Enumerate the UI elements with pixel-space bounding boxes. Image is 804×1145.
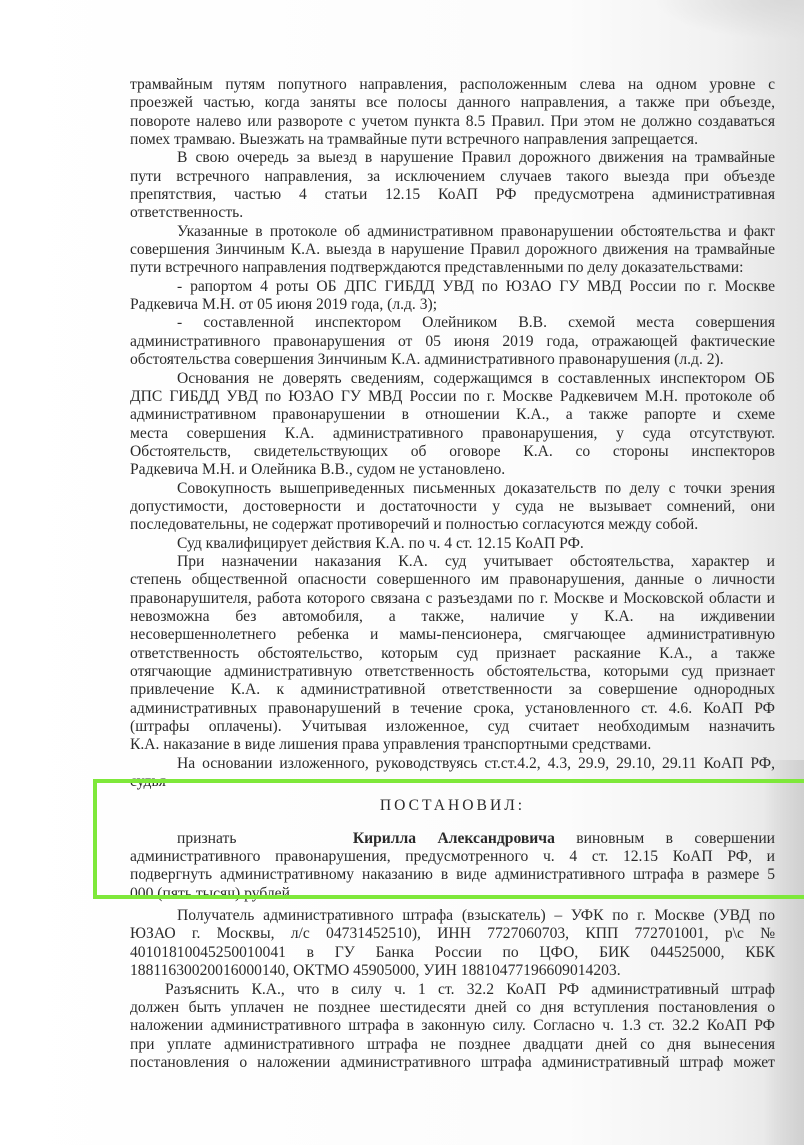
payment-line: ЮЗАО г. Москвы, л/с 04731452510), ИНН 77… xyxy=(130,925,775,943)
paragraph-line: степень общественной опасности совершенн… xyxy=(130,571,775,589)
paragraph-line: административном правонарушении в отноше… xyxy=(130,406,775,424)
paragraph-line: Радкевича М.Н. и Олейника В.В., судом не… xyxy=(130,461,775,479)
paragraph-line: привлечение К.А. к административной отве… xyxy=(130,681,775,699)
paragraph-line: Обстоятельств, свидетельствующих об огов… xyxy=(130,443,775,461)
document-body: трамвайным путям попутного направления, … xyxy=(130,76,775,1072)
paragraph-line: совершения Зинчиным К.А. выезда в наруше… xyxy=(130,241,775,259)
paragraph-line: В свою очередь за выезд в нарушение Прав… xyxy=(130,149,775,167)
ruling-line: 000 (пять тысяч) рублей. xyxy=(130,885,775,903)
paragraph-line: Указанные в протоколе об административно… xyxy=(130,223,775,241)
defendant-name: Кирилла Александровича xyxy=(353,830,555,847)
paragraph-line: правонарушителя, работа которого связана… xyxy=(130,590,775,608)
document-page: трамвайным путям попутного направления, … xyxy=(0,0,804,1145)
paragraph-line: пути встречного направления, за исключен… xyxy=(130,168,775,186)
paragraph-line: ДПС ГИБДД УВД по ЮЗАО ГУ МВД России по г… xyxy=(130,388,775,406)
paragraph-line: повороте налево или развороте с учетом п… xyxy=(130,113,775,131)
explanation-line: постановления о наложении административн… xyxy=(130,1054,775,1072)
ruling-line: административного правонарушения, предус… xyxy=(130,848,775,866)
payment-line: 40101810045250010041 в ГУ Банка России п… xyxy=(130,944,775,962)
paragraph-line: обстоятельства совершения Зинчиным К.А. … xyxy=(130,351,775,369)
paragraph-line: судья xyxy=(130,773,775,791)
paragraph-line: ответственность обстоятельство, которым … xyxy=(130,645,775,663)
paragraph-line: - составленной инспектором Олейником В.В… xyxy=(130,314,775,332)
paragraph-line: Суд квалифицирует действия К.А. по ч. 4 … xyxy=(130,535,775,553)
ruling-heading: ПОСТАНОВИЛ: xyxy=(130,797,775,815)
paragraph-line: административного правонарушения от 05 и… xyxy=(130,333,775,351)
paragraph-line: отягчающие административную ответственно… xyxy=(130,663,775,681)
ruling-line-rest: виновным в совершении xyxy=(576,830,775,847)
paragraph-line: административных правонарушений в течени… xyxy=(130,700,775,718)
payment-line: Получатель административного штрафа (взы… xyxy=(130,907,775,925)
paragraph-line: трамвайным путям попутного направления, … xyxy=(130,76,775,94)
paragraph-line: невозможна без автомобиля, а также, нали… xyxy=(130,608,775,626)
paragraph-line: препятствия, частью 4 статьи 12.15 КоАП … xyxy=(130,186,775,204)
ruling-lead: признать xyxy=(177,830,236,847)
paragraph-line: допустимости, достоверности и достаточно… xyxy=(130,498,775,516)
explanation-line: наложении административного штрафа в зак… xyxy=(130,1017,775,1035)
paragraph-line: последовательны, не содержат противоречи… xyxy=(130,516,775,534)
explanation-line: Разъяснить К.А., что в силу ч. 1 ст. 32.… xyxy=(130,981,775,999)
paragraph-line: При назначении наказания К.А. суд учитыв… xyxy=(130,553,775,571)
paragraph-line: Совокупность вышеприведенных письменных … xyxy=(130,480,775,498)
paragraph-line: проезжей частью, когда заняты все полосы… xyxy=(130,94,775,112)
paragraph-line: ответственность. xyxy=(130,204,775,222)
paragraph-line: несовершеннолетнего ребенка и мамы-пенси… xyxy=(130,626,775,644)
paragraph-line: (штрафы оплачены). Учитывая изложенное, … xyxy=(130,718,775,736)
paragraph-line: помех трамваю. Выезжать на трамвайные пу… xyxy=(130,131,775,149)
ruling-line: подвергнуть административному наказанию … xyxy=(130,866,775,884)
ruling-first-line: признать Кирилла Александровича виновным… xyxy=(130,830,775,848)
paragraph-line: места совершения К.А. административного … xyxy=(130,425,775,443)
payment-line: 18811630020016000140, ОКТМО 45905000, УИ… xyxy=(130,962,775,980)
paragraph-line: К.А. наказание в виде лишения права упра… xyxy=(130,736,775,754)
paragraph-line: Основания не доверять сведениям, содержа… xyxy=(130,370,775,388)
explanation-line: должен быть уплачен не позднее шестидеся… xyxy=(130,999,775,1017)
paragraph-line: - рапортом 4 роты ОБ ДПС ГИБДД УВД по ЮЗ… xyxy=(130,278,775,296)
scan-shadow-top xyxy=(654,0,804,40)
paragraph-line: На основании изложенного, руководствуясь… xyxy=(130,755,775,773)
explanation-line: при уплате административного штрафа не п… xyxy=(130,1036,775,1054)
paragraph-line: пути встречного направления подтверждают… xyxy=(130,259,775,277)
paragraph-line: Радкевича М.Н. от 05 июня 2019 года, (л.… xyxy=(130,296,775,314)
